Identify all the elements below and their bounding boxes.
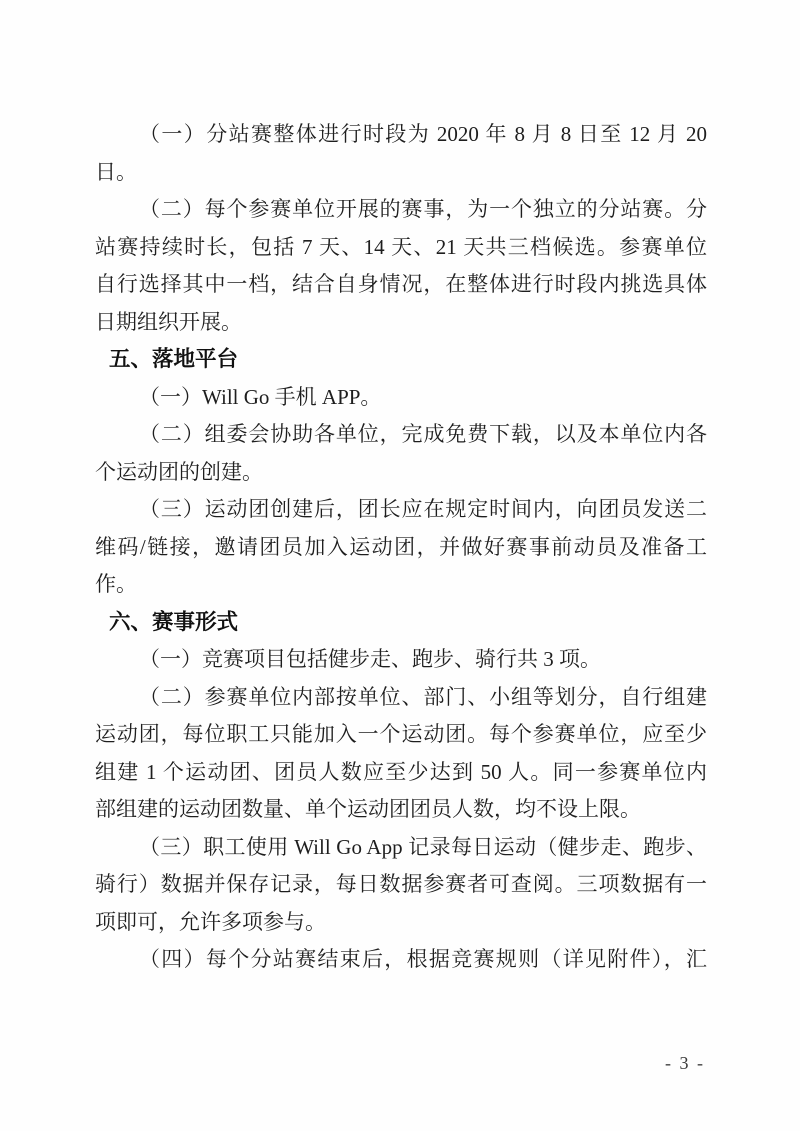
section-heading: 六、赛事形式	[95, 604, 707, 642]
text-line: （二）参赛单位内部按单位、部门、小组等划分，自行组建	[95, 679, 707, 717]
text-line: 项即可，允许多项参与。	[95, 904, 707, 942]
document-page: （一）分站赛整体进行时段为 2020 年 8 月 8 日至 12 月 20日。（…	[0, 0, 800, 1131]
text-line: （一）分站赛整体进行时段为 2020 年 8 月 8 日至 12 月 20	[95, 116, 707, 154]
text-line: （二）组委会协助各单位，完成免费下载，以及本单位内各	[95, 416, 707, 454]
page-number: - 3 -	[630, 1049, 740, 1077]
text-line: （四）每个分站赛结束后，根据竞赛规则（详见附件），汇	[95, 941, 707, 979]
text-line: （三）运动团创建后，团长应在规定时间内，向团员发送二	[95, 491, 707, 529]
text-line: 日。	[95, 154, 707, 192]
text-line: 日期组织开展。	[95, 304, 707, 342]
text-line: 自行选择其中一档，结合自身情况，在整体进行时段内挑选具体	[95, 266, 707, 304]
text-line: 运动团，每位职工只能加入一个运动团。每个参赛单位，应至少	[95, 716, 707, 754]
text-line: 组建 1 个运动团、团员人数应至少达到 50 人。同一参赛单位内	[95, 754, 707, 792]
text-line: 个运动团的创建。	[95, 454, 707, 492]
text-line: 维码/链接，邀请团员加入运动团，并做好赛事前动员及准备工	[95, 529, 707, 567]
section-heading: 五、落地平台	[95, 341, 707, 379]
document-body: （一）分站赛整体进行时段为 2020 年 8 月 8 日至 12 月 20日。（…	[95, 116, 707, 979]
text-line: （三）职工使用 Will Go App 记录每日运动（健步走、跑步、	[95, 829, 707, 867]
text-line: 骑行）数据并保存记录，每日数据参赛者可查阅。三项数据有一	[95, 866, 707, 904]
text-line: （一）竞赛项目包括健步走、跑步、骑行共 3 项。	[95, 641, 707, 679]
text-line: （二）每个参赛单位开展的赛事，为一个独立的分站赛。分	[95, 191, 707, 229]
text-line: （一）Will Go 手机 APP。	[95, 379, 707, 417]
text-line: 作。	[95, 566, 707, 604]
text-line: 部组建的运动团数量、单个运动团团员人数，均不设上限。	[95, 791, 707, 829]
text-line: 站赛持续时长，包括 7 天、14 天、21 天共三档候选。参赛单位	[95, 229, 707, 267]
